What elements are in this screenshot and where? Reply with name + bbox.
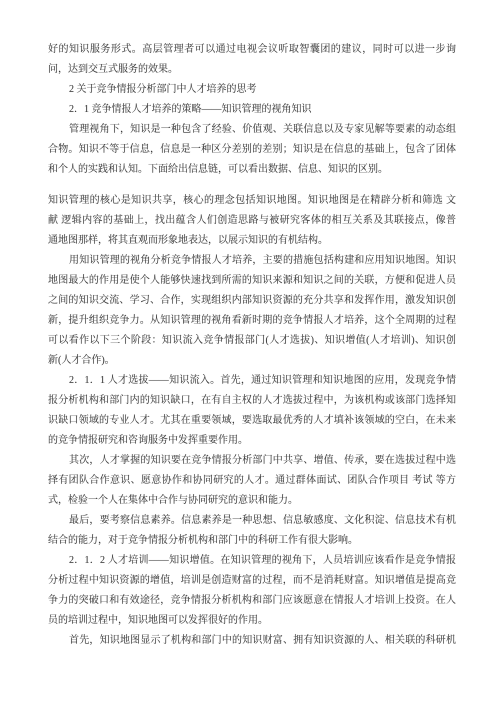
text-line: 可以看作以下三个阶段：知识流入竞争情报部门(人才选拔)、知识增值(人才培训)、知… xyxy=(48,331,456,351)
text-line: 合物。知识不等于信息，信息是一种区分差别的差别；知识是在信息的基础上，包含了团体 xyxy=(48,140,456,160)
text-line: 2．1 竞争情报人才培养的策略——知识管理的视角知识 xyxy=(48,100,456,120)
text-line: 通地图那样，将其直观而形象地表达，以展示知识的有机结构。 xyxy=(48,231,456,251)
text-line: 识缺口领域的专业人才。尤其在重要领域，要选取最优秀的人才填补该领域的空白，在未来 xyxy=(48,411,456,431)
document-page: 好的知识服务形式。高层管理者可以通过电视会议听取智囊团的建议，同时可以进一步询问… xyxy=(0,0,500,707)
text-line: 分析过程中知识资源的增值，培训是创造财富的过程，而不是消耗财富。知识增值是提高竞 xyxy=(48,571,456,591)
text-line: 争力的突破口和有效途径，竞争情报分析机构和部门应该愿意在情报人才培训上投资。在人 xyxy=(48,591,456,611)
text-line: 其次，人才掌握的知识要在竞争情报分析部门中共享、增值、传承，要在选拔过程中选 xyxy=(48,451,456,471)
text-line: 2．1．2 人才培训——知识增值。在知识管理的视角下，人员培训应该看作是竞争情报 xyxy=(48,551,456,571)
text-line: 知识管理的核心是知识共享，核心的理念包括知识地图。知识地图是在精辟分析和筛选 文 xyxy=(48,191,456,211)
text-line: 2 关于竞争情报分析部门中人才培养的思考 xyxy=(48,80,456,100)
text-line: 新，提升组织竞争力。从知识管理的视角看新时期的竞争情报人才培养，这个全周期的过程 xyxy=(48,311,456,331)
text-line: 管理视角下，知识是一种包含了经验、价值观、关联信息以及专家见解等要素的动态组 xyxy=(48,120,456,140)
text-line: 员的培训过程中，知识地图可以发挥很好的作用。 xyxy=(48,611,456,631)
text-line: 结合的能力，对于竞争情报分析机构和部门中的科研工作有很大影响。 xyxy=(48,531,456,551)
text-line: 用知识管理的视角分析竞争情报人才培养，主要的措施包括构建和应用知识地图。知识 xyxy=(48,251,456,271)
text-line: 问，达到交互式服务的效果。 xyxy=(48,60,456,80)
text-line: 最后，要考察信息素养。信息素养是一种思想、信息敏感度、文化积淀、信息技术有机 xyxy=(48,511,456,531)
text-line: 好的知识服务形式。高层管理者可以通过电视会议听取智囊团的建议，同时可以进一步询 xyxy=(48,40,456,60)
text-line: 地图最大的作用是使个人能够快速找到所需的知识来源和知识之间的关联，方便和促进人员 xyxy=(48,271,456,291)
text-line: 择有团队合作意识、愿意协作和协同研究的人才。通过群体面试、团队合作项目 考试 等… xyxy=(48,471,456,491)
text-line: 报分析机构和部门内的知识缺口，在有自主权的人才选拔过程中，为该机构或该部门选择知 xyxy=(48,391,456,411)
text-line: 新(人才合作)。 xyxy=(48,351,456,371)
text-line: 和个人的实践和认知。下面给出信息链，可以看出数据、信息、知识的区别。 xyxy=(48,160,456,180)
text-line: 2．1．1 人才选拔——知识流入。首先，通过知识管理和知识地图的应用，发现竞争情 xyxy=(48,371,456,391)
text-line: 的竞争情报研究和咨询服务中发挥重要作用。 xyxy=(48,431,456,451)
document-text-block: 好的知识服务形式。高层管理者可以通过电视会议听取智囊团的建议，同时可以进一步询问… xyxy=(48,40,456,651)
text-line: 献 逻辑内容的基础上，找出蕴含人们创造思路与被研究客体的相互关系及其联接点，像普 xyxy=(48,211,456,231)
text-line: 式，检验一个人在集体中合作与协同研究的意识和能力。 xyxy=(48,491,456,511)
text-line: 之间的知识交流、学习、合作，实现组织内部知识资源的充分共享和发挥作用，激发知识创 xyxy=(48,291,456,311)
text-line: 首先，知识地图显示了机构和部门中的知识财富、拥有知识资源的人、相关联的科研机 xyxy=(48,631,456,651)
